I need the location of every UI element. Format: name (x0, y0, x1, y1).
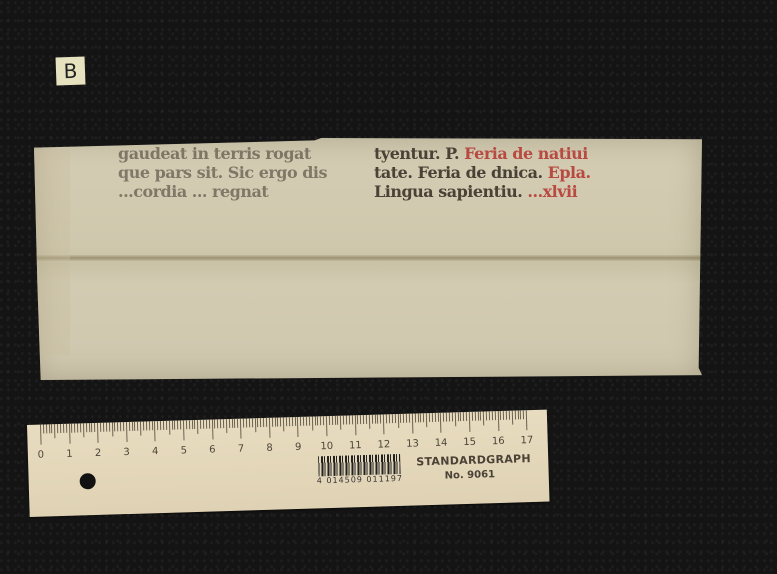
ruler-tick (460, 412, 461, 421)
rubric-text: Epla. (548, 163, 591, 182)
ruler-tick (117, 422, 118, 431)
ruler-tick (463, 412, 464, 421)
ruler-tick (286, 417, 287, 426)
text-line: tate. Feria de dnica. Epla. (374, 163, 591, 182)
ruler-tick (200, 420, 201, 429)
ruler-tick (512, 411, 513, 425)
specimen-label-tag: B (56, 57, 86, 86)
text-line: gaudeat in terris rogat (118, 144, 327, 163)
ruler-tick (69, 424, 71, 444)
ruler-tick (377, 415, 378, 424)
ruler-tick (77, 423, 78, 432)
ruler-tick (43, 424, 44, 433)
ruler-tick (194, 420, 195, 429)
ruler-tick (151, 421, 152, 430)
left-text-column: gaudeat in terris rogat que pars sit. Si… (118, 144, 327, 201)
ruler-tick (254, 418, 255, 432)
ruler-tick (174, 421, 175, 430)
ruler-tick (177, 421, 178, 430)
ruler-tick (189, 420, 190, 429)
ruler-tick (269, 418, 271, 438)
ruler-tick (294, 417, 295, 426)
ruler-tick (312, 417, 313, 431)
ruler-tick (523, 410, 524, 419)
ruler-tick (526, 410, 528, 430)
ruler-tick (429, 413, 430, 422)
text-line: que pars sit. Sic ergo dis (118, 163, 327, 182)
ruler-number: 9 (295, 442, 302, 453)
ruler-tick (334, 416, 335, 425)
ruler-tick (366, 415, 367, 424)
ruler-number: 2 (95, 448, 102, 459)
text-line: ...cordia ... regnat (118, 182, 327, 201)
ruler-tick (114, 422, 115, 431)
ruler-tick (363, 415, 364, 424)
ruler-tick (337, 416, 338, 425)
ruler-tick (131, 422, 132, 431)
ruler-tick (272, 418, 273, 427)
ruler-tick (63, 424, 64, 433)
label-letter: B (63, 59, 78, 83)
ruler-tick (477, 412, 478, 421)
ruler-tick (343, 416, 344, 425)
ruler-tick (100, 423, 101, 432)
ruler-tick (97, 423, 99, 443)
ruler-tick (443, 413, 444, 422)
ruler-tick (257, 418, 258, 427)
ruler-tick (154, 421, 156, 441)
ruler-tick (329, 416, 330, 425)
ruler-number: 8 (266, 443, 273, 454)
ruler-tick (306, 417, 307, 426)
text-segment: tate. Feria de dnica. (374, 163, 543, 182)
ruler-tick (449, 412, 450, 421)
ruler-tick (403, 414, 404, 423)
text-segment: tyentur. P. (374, 144, 459, 163)
ruler-number: 5 (180, 445, 187, 456)
ruler-number: 1 (66, 449, 73, 460)
ruler-tick (109, 423, 110, 432)
ruler-tick (223, 419, 224, 428)
text-segment: Lingua sapientiu. (374, 182, 522, 201)
ruler-tick (414, 413, 415, 422)
ruler-tick (349, 415, 350, 424)
ruler-tick (266, 418, 267, 427)
ruler-tick (303, 417, 304, 426)
ruler-tick (369, 415, 370, 429)
ruler-tick (80, 423, 81, 432)
ruler-tick (249, 418, 250, 427)
ruler-tick (292, 417, 293, 426)
ruler-tick (129, 422, 130, 431)
ruler-tick (472, 412, 473, 421)
ruler-tick (440, 413, 442, 433)
barcode (318, 454, 401, 476)
ruler-number: 0 (38, 450, 45, 461)
ruler-tick (317, 416, 318, 425)
ruler-tick (509, 411, 510, 420)
ruler-tick (229, 419, 230, 428)
ruler-tick (446, 413, 447, 422)
ruler-tick (469, 412, 471, 432)
ruler-tick (134, 422, 135, 431)
ruler-model: No. 9061 (445, 469, 496, 481)
ruler-tick (263, 418, 264, 427)
ruler-tick (180, 420, 181, 429)
ruler-tick (66, 424, 67, 433)
ruler-tick (500, 411, 501, 420)
ruler-tick (217, 419, 218, 428)
ruler-number: 11 (349, 440, 362, 451)
ruler-tick (457, 412, 458, 421)
ruler-tick (323, 416, 324, 425)
ruler-tick (383, 414, 385, 434)
ruler-tick (409, 414, 410, 423)
ruler-tick (372, 415, 373, 424)
ruler-number: 10 (320, 441, 333, 452)
ruler-tick (157, 421, 158, 430)
ruler-tick (497, 411, 499, 431)
ruler-tick (94, 423, 95, 432)
text-line: tyentur. P. Feria de natiui (374, 144, 591, 163)
ruler-tick (51, 424, 52, 433)
ruler-tick (423, 413, 424, 422)
ruler-number: 14 (435, 438, 448, 449)
ruler-tick (246, 418, 247, 427)
ruler-tick (46, 424, 47, 433)
ruler-tick (212, 419, 214, 439)
ruler-tick (517, 410, 518, 419)
ruler-tick (120, 422, 121, 431)
ruler-tick (309, 417, 310, 426)
rubric-text: Feria de natiui (464, 144, 588, 163)
ruler-tick (300, 417, 301, 426)
ruler-tick (420, 413, 421, 422)
ruler-tick (106, 423, 107, 432)
ruler-tick (314, 416, 315, 425)
ruler-tick (74, 424, 75, 433)
ruler-number: 16 (492, 436, 505, 447)
ruler-tick (346, 416, 347, 425)
ruler-number: 6 (209, 444, 216, 455)
ruler-tick (332, 416, 333, 425)
ruler-tick (91, 423, 92, 432)
ruler-tick (452, 412, 453, 421)
ruler-tick (326, 416, 328, 436)
ruler-tick (260, 418, 261, 427)
ruler-tick (374, 415, 375, 424)
ruler-tick (71, 424, 72, 433)
ruler-tick (389, 414, 390, 423)
ruler-tick (183, 420, 185, 440)
measurement-ruler: 01234567891011121314151617 4 014509 0111… (27, 410, 550, 517)
ruler-tick (360, 415, 361, 424)
ruler-tick (209, 420, 210, 429)
ruler-tick (434, 413, 435, 422)
ruler-tick (426, 413, 427, 427)
ruler-number: 7 (238, 444, 245, 455)
barcode-number: 4 014509 011197 (317, 474, 403, 486)
ruler-tick (274, 418, 275, 427)
ruler-number: 15 (463, 437, 476, 448)
ruler-tick (149, 421, 150, 430)
ruler-tick (515, 411, 516, 420)
ruler-tick (486, 411, 487, 420)
ruler-tick (243, 419, 244, 428)
ruler-tick (495, 411, 496, 420)
ruler-tick (197, 420, 198, 434)
ruler-tick (214, 419, 215, 428)
ruler-tick (412, 414, 414, 434)
ruler-tick (483, 411, 484, 425)
ruler-tick (40, 425, 42, 445)
ruler-tick (60, 424, 61, 433)
ruler-tick (252, 418, 253, 427)
ruler-tick (123, 422, 124, 431)
ruler-tick (480, 412, 481, 421)
ruler-tick (506, 411, 507, 420)
ruler-tick (234, 419, 235, 428)
ruler-tick (354, 415, 356, 435)
ruler-tick (160, 421, 161, 430)
ruler-number: 12 (377, 439, 390, 450)
ruler-tick (357, 415, 358, 424)
ruler-tick (380, 414, 381, 423)
ruler-tick (237, 419, 238, 428)
ruler-tick (406, 414, 407, 423)
ruler-tick (137, 422, 138, 431)
ruler-tick (240, 419, 242, 439)
ruler-tick (86, 423, 87, 432)
ruler-tick (394, 414, 395, 423)
right-text-column: tyentur. P. Feria de natiui tate. Feria … (374, 144, 591, 201)
ruler-tick (320, 416, 321, 425)
ruler-tick (386, 414, 387, 423)
ruler-tick (432, 413, 433, 422)
ruler-tick (340, 416, 341, 430)
ruler-tick (163, 421, 164, 430)
ruler-tick (54, 424, 55, 438)
ruler-tick (492, 411, 493, 420)
ruler-tick (520, 410, 521, 419)
ruler-tick (166, 421, 167, 430)
ruler-tick (280, 417, 281, 426)
ruler-tick (454, 412, 455, 426)
ruler-tick (503, 411, 504, 420)
ruler-number: 3 (123, 447, 130, 458)
ruler-tick (111, 422, 112, 436)
ruler-tick (203, 420, 204, 429)
ruler-tick (169, 421, 170, 435)
ruler-number: 17 (520, 435, 533, 446)
ruler-tick (400, 414, 401, 423)
ruler-hanging-hole (79, 473, 95, 489)
ruler-tick (297, 417, 299, 437)
ruler-tick (475, 412, 476, 421)
ruler-tick (220, 419, 221, 428)
ruler-tick (352, 415, 353, 424)
ruler-number: 13 (406, 438, 419, 449)
ruler-tick (437, 413, 438, 422)
text-line: Lingua sapientiu. ...xlvii (374, 182, 591, 201)
ruler-tick (83, 423, 84, 437)
ruler-tick (417, 413, 418, 422)
rubric-text: ...xlvii (527, 182, 577, 201)
ruler-tick (126, 422, 128, 442)
ruler-number: 4 (152, 446, 159, 457)
ruler-tick (192, 420, 193, 429)
ruler-tick (140, 422, 141, 436)
ruler-tick (206, 420, 207, 429)
ruler-tick (143, 422, 144, 431)
ruler-tick (89, 423, 90, 432)
ruler-tick (277, 418, 278, 427)
ruler-tick (146, 421, 147, 430)
ruler-tick (226, 419, 227, 433)
ruler-tick (397, 414, 398, 428)
ruler-tick (283, 417, 284, 431)
ruler-brand: STANDARDGRAPH (416, 452, 531, 468)
manuscript-fragment: gaudeat in terris rogat que pars sit. Si… (34, 138, 702, 380)
ruler-tick (186, 420, 187, 429)
ruler-tick (232, 419, 233, 428)
ruler-tick (489, 411, 490, 420)
ruler-tick (466, 412, 467, 421)
ruler-tick (392, 414, 393, 423)
ruler-tick (289, 417, 290, 426)
ruler-tick (171, 421, 172, 430)
ruler-tick (103, 423, 104, 432)
ruler-tick (49, 424, 50, 433)
ruler-tick (57, 424, 58, 433)
